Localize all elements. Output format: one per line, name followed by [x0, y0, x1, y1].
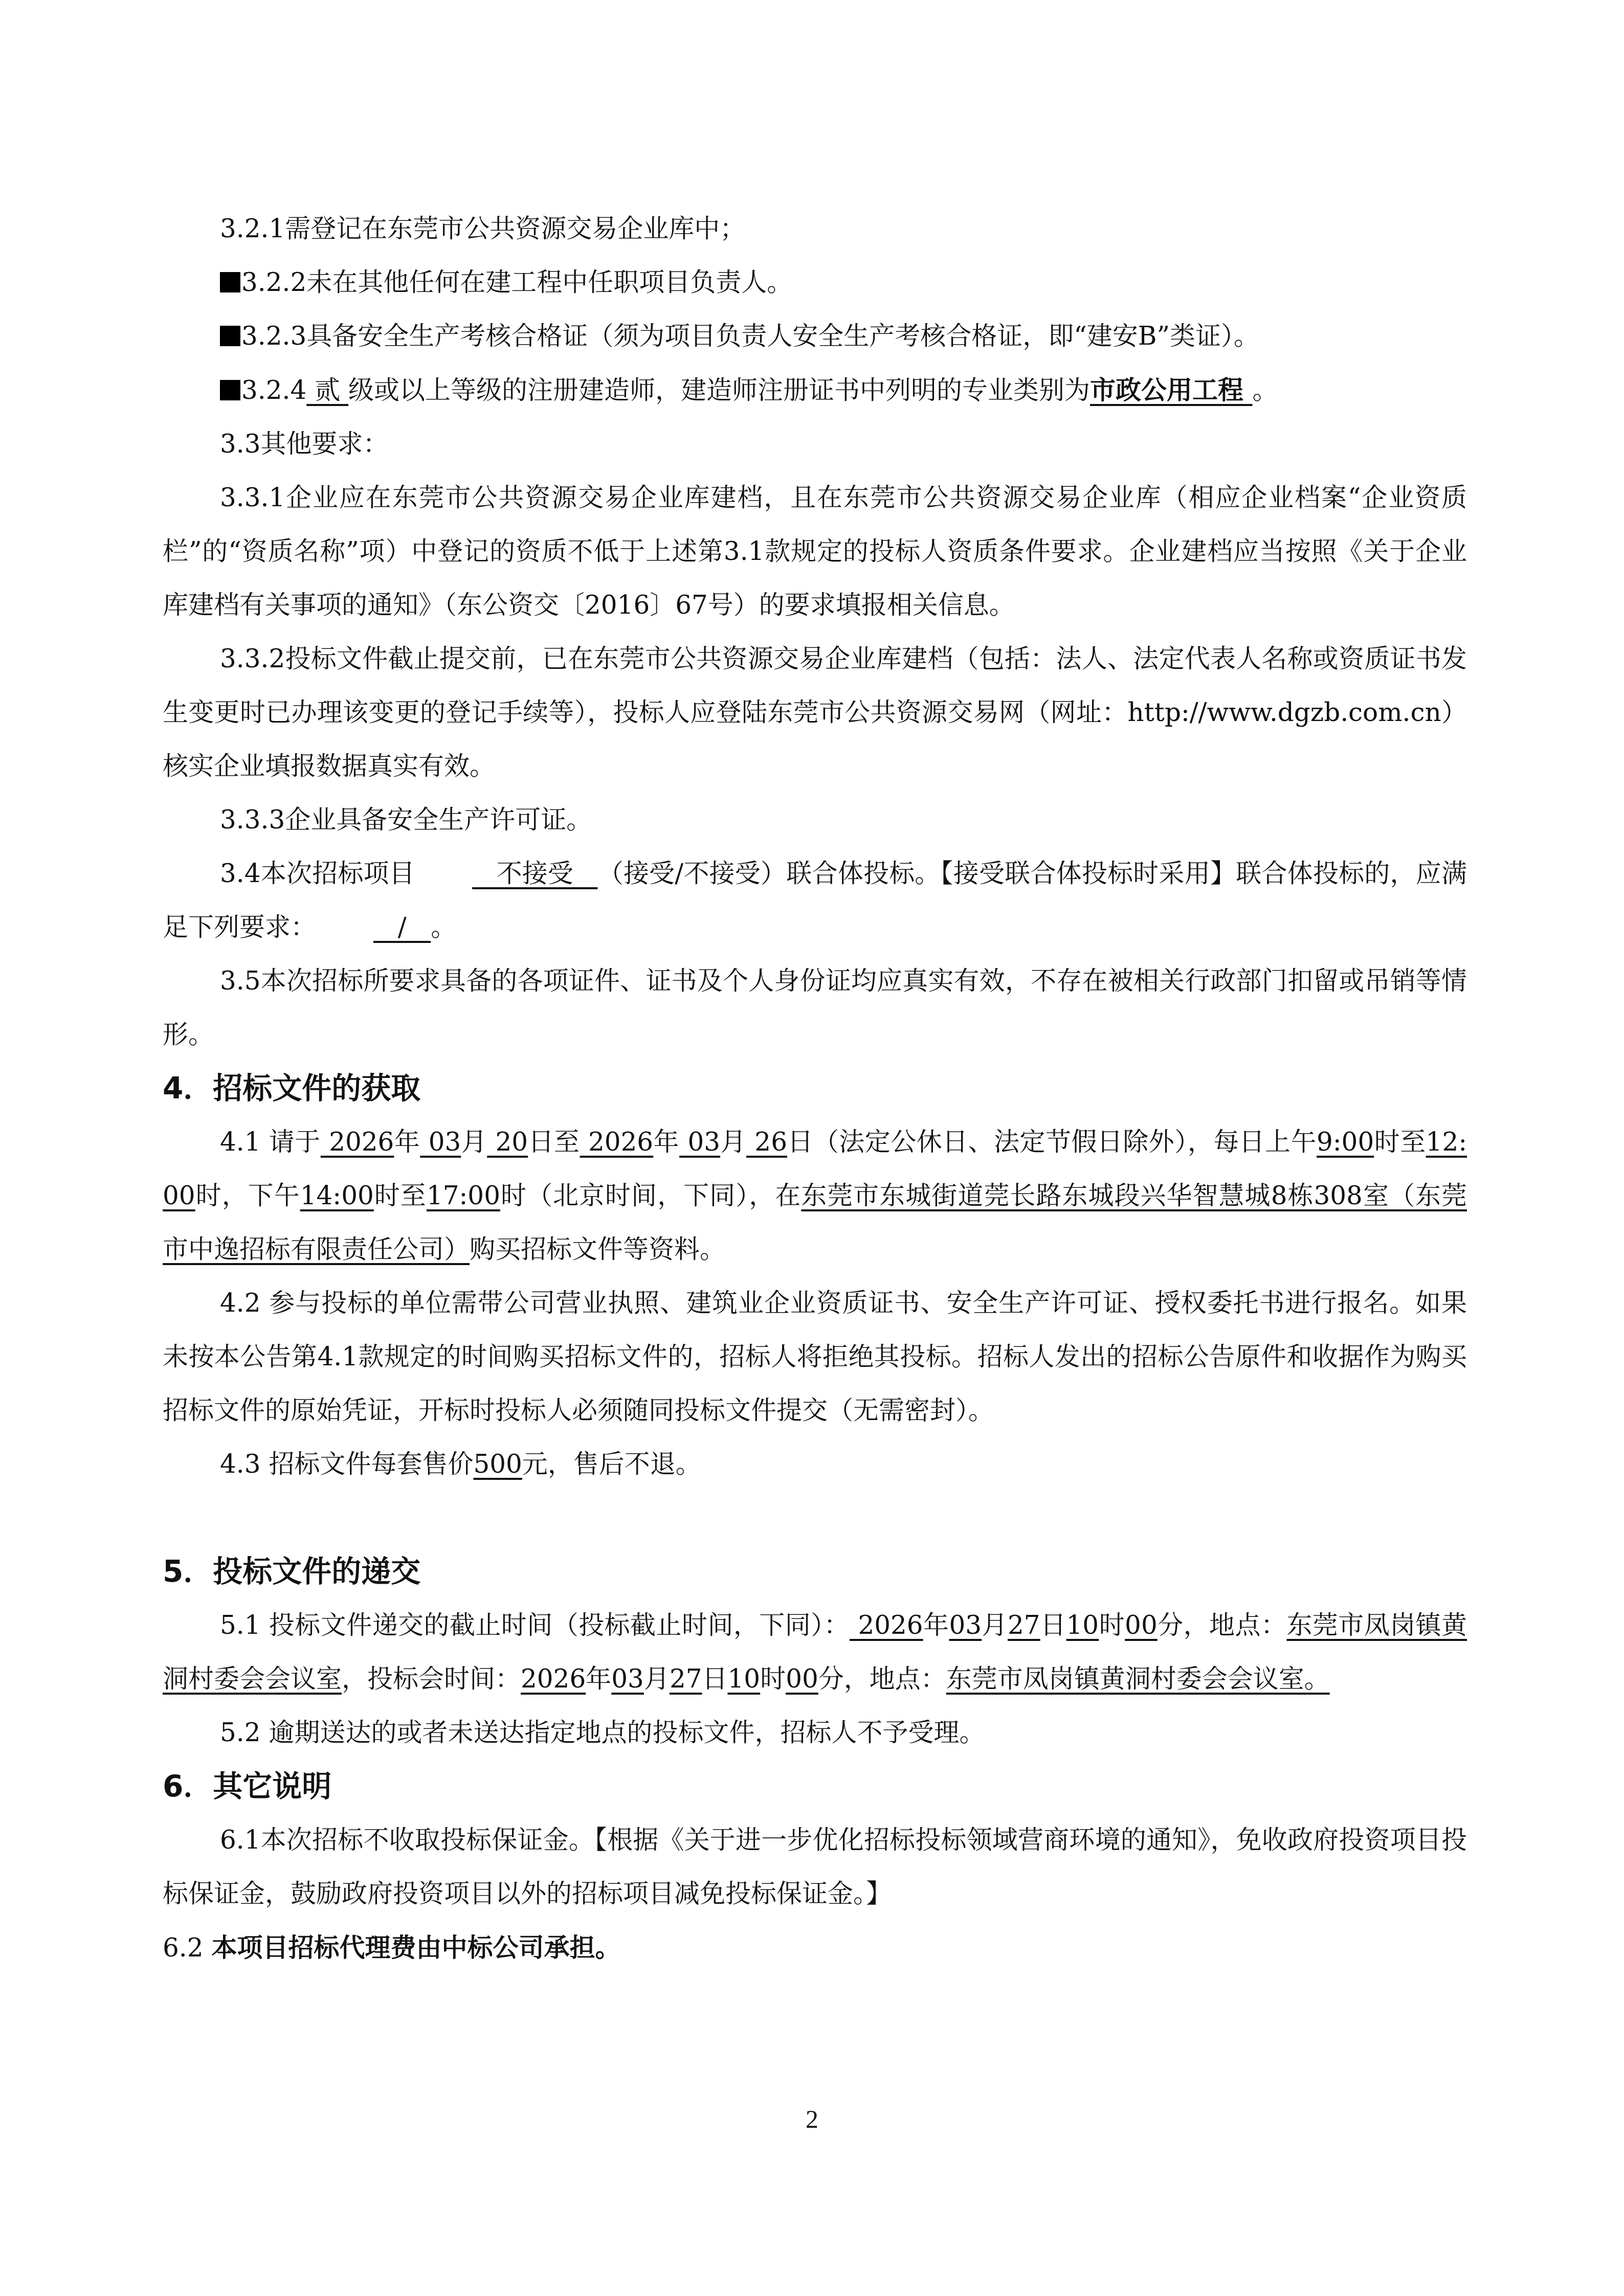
- builder-grade: 贰: [306, 364, 348, 417]
- clause-3-2-3: 3.2.3具备安全生产考核合格证（须为项目负责人安全生产考核合格证，即“建安B”…: [163, 309, 1467, 363]
- clause-3-3-3: 3.3.3企业具备安全生产许可证。: [163, 793, 1467, 847]
- clause-5-1: 5.1 投标文件递交的截止时间（投标截止时间，下同）： 2026年03月27日1…: [163, 1599, 1467, 1706]
- clause-5-2: 5.2 逾期送达的或者未送达指定地点的投标文件，招标人不予受理。: [163, 1706, 1467, 1760]
- clause-4-1: 4.1 请于 2026年 03月 20日至 2026年 03月 26日（法定公休…: [163, 1115, 1467, 1276]
- clause-4-3: 4.3 招标文件每套售价500元，售后不退。: [163, 1437, 1467, 1491]
- consortium-acceptance: 不接受: [415, 847, 597, 901]
- checkbox-filled-icon: [220, 380, 240, 400]
- meeting-location: 东莞市凤岗镇黄洞村委会会议室。: [946, 1664, 1330, 1694]
- clause-3-3-1: 3.3.1企业应在东莞市公共资源交易企业库建档，且在东莞市公共资源交易企业库（相…: [163, 471, 1467, 632]
- clause-3-2-4: 3.2.4 贰 级或以上等级的注册建造师，建造师注册证书中列明的专业类别为市政公…: [163, 363, 1467, 417]
- clause-4-2: 4.2 参与投标的单位需带公司营业执照、建筑业企业资质证书、安全生产许可证、授权…: [163, 1276, 1467, 1437]
- clause-3-3: 3.3其他要求：: [163, 417, 1467, 471]
- section-6-heading: 6．其它说明: [163, 1760, 1467, 1813]
- spacer: [163, 1491, 1467, 1545]
- clause-6-1: 6.1本次招标不收取投标保证金。【根据《关于进一步优化招标投标领域营商环境的通知…: [163, 1813, 1467, 1921]
- clause-3-2-1: 3.2.1需登记在东莞市公共资源交易企业库中；: [163, 202, 1467, 256]
- specialty-category: 市政公用工程: [1090, 375, 1252, 405]
- clause-6-2: 6.2 本项目招标代理费由中标公司承担。: [163, 1921, 1467, 1975]
- document-price: 500: [473, 1449, 522, 1479]
- section-5-heading: 5．投标文件的递交: [163, 1545, 1467, 1599]
- clause-3-2-2: 3.2.2未在其他任何在建工程中任职项目负责人。: [163, 256, 1467, 309]
- clause-3-3-2: 3.3.2投标文件截止提交前，已在东莞市公共资源交易企业库建档（包括：法人、法定…: [163, 632, 1467, 793]
- checkbox-filled-icon: [220, 272, 240, 292]
- checkbox-filled-icon: [220, 326, 240, 346]
- clause-3-4: 3.4本次招标项目 不接受 （接受/不接受）联合体投标。【接受联合体投标时采用】…: [163, 847, 1467, 954]
- page-number: 2: [0, 2104, 1624, 2134]
- section-4-heading: 4．招标文件的获取: [163, 1062, 1467, 1115]
- consortium-requirements: /: [316, 901, 431, 954]
- document-page: 3.2.1需登记在东莞市公共资源交易企业库中； 3.2.2未在其他任何在建工程中…: [163, 202, 1467, 1975]
- clause-3-5: 3.5本次招标所要求具备的各项证件、证书及个人身份证均应真实有效，不存在被相关行…: [163, 954, 1467, 1062]
